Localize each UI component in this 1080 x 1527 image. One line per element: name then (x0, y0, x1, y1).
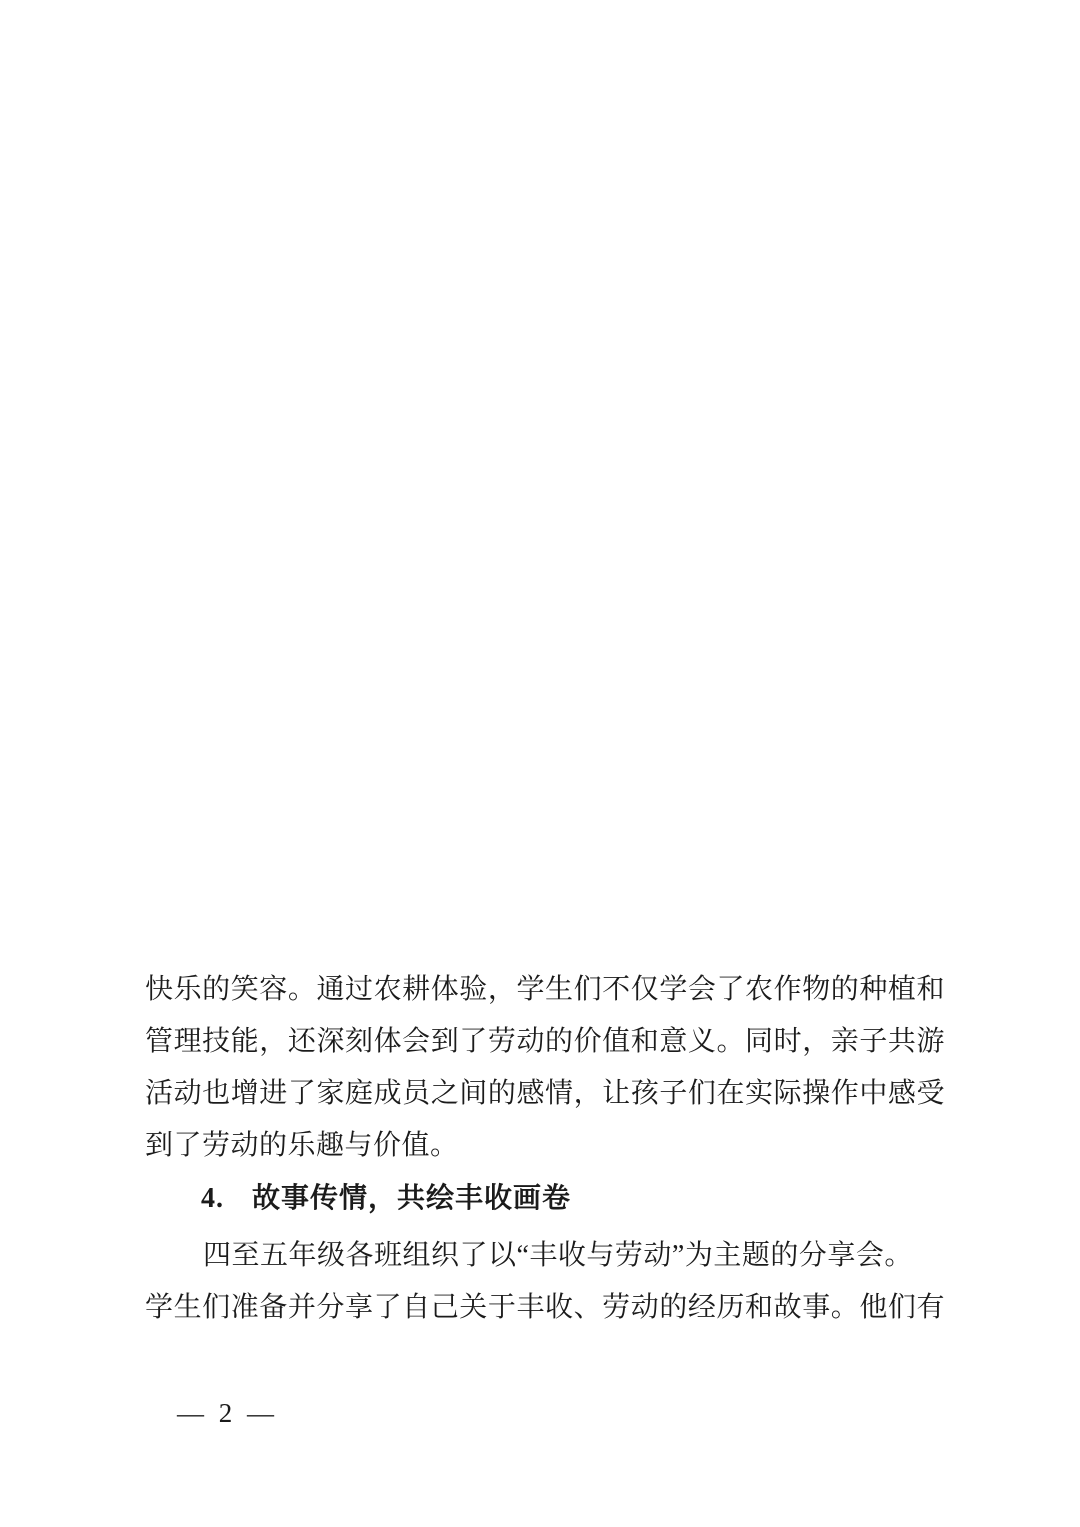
section-heading-title: 故事传情，共绘丰收画卷 (252, 1183, 571, 1214)
paragraph-1: 快乐的笑容。通过农耕体验，学生们不仅学会了农作物的种植和 管理技能，还深刻体会到… (145, 964, 945, 1172)
section-heading-number: 4. (201, 1172, 224, 1226)
document-page: 快乐的笑容。通过农耕体验，学生们不仅学会了农作物的种植和 管理技能，还深刻体会到… (0, 0, 1080, 1527)
paragraph-2: 四至五年级各班组织了以“丰收与劳动”为主题的分享会。 学生们准备并分享了自己关于… (145, 1230, 945, 1334)
body-line: 学生们准备并分享了自己关于丰收、劳动的经历和故事。他们有 (145, 1282, 945, 1334)
section-heading: 4.故事传情，共绘丰收画卷 (145, 1172, 945, 1226)
page-number: — 2 — (0, 1398, 455, 1429)
body-line: 快乐的笑容。通过农耕体验，学生们不仅学会了农作物的种植和 (145, 964, 945, 1016)
body-line: 四至五年级各班组织了以“丰收与劳动”为主题的分享会。 (145, 1230, 945, 1282)
body-line: 到了劳动的乐趣与价值。 (145, 1120, 945, 1172)
body-line: 管理技能，还深刻体会到了劳动的价值和意义。同时，亲子共游 (145, 1016, 945, 1068)
body-line: 活动也增进了家庭成员之间的感情，让孩子们在实际操作中感受 (145, 1068, 945, 1120)
body-text-block: 快乐的笑容。通过农耕体验，学生们不仅学会了农作物的种植和 管理技能，还深刻体会到… (145, 964, 945, 1334)
